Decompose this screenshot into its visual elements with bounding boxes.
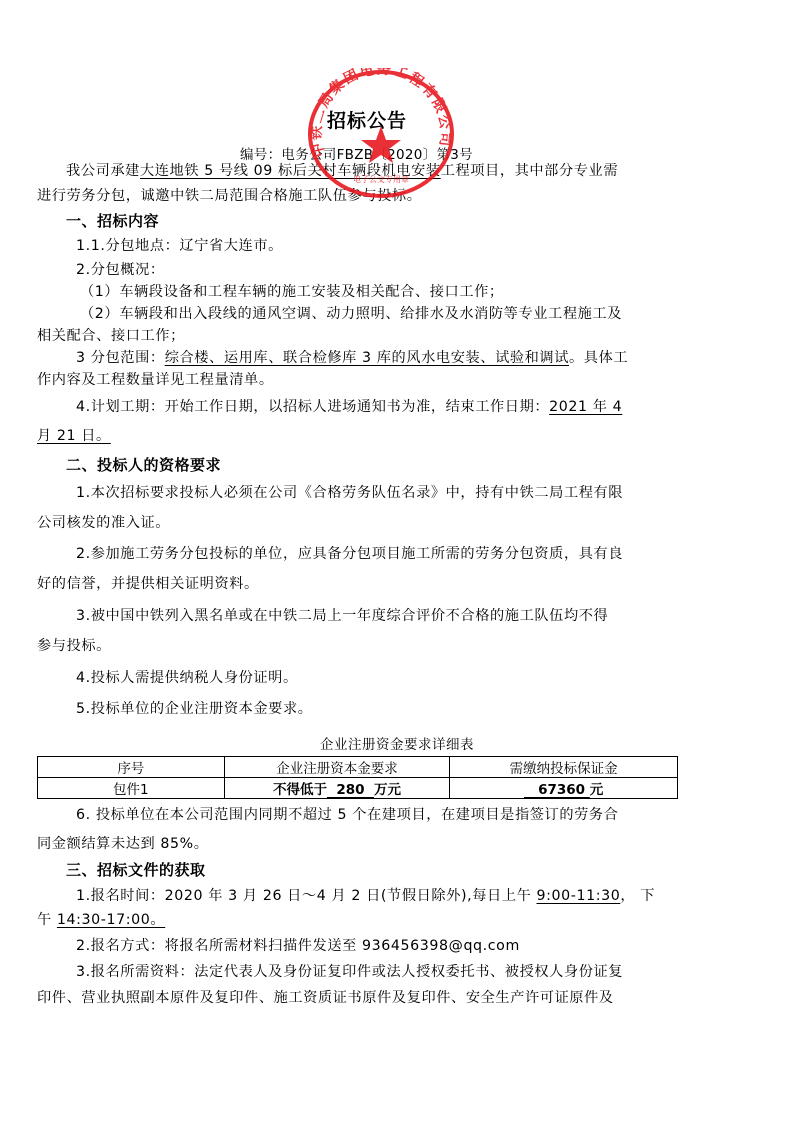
section1-item-1: 1.1.分包地点：辽宁省大连市。 [76, 237, 283, 255]
table-header-deposit: 需缴纳投标保证金 [450, 757, 678, 778]
section2-item-6: 6. 投标单位在本公司范围内同期不超过 5 个在建项目，在建项目是指签订的劳务合 [76, 806, 618, 824]
section2-item-3-cont: 参与投标。 [37, 637, 111, 655]
section3-item-1-cont: 午 14:30-17:00。 [37, 911, 165, 929]
section2-item-4: 4.投标人需提供纳税人身份证明。 [76, 669, 298, 687]
section1-item-3-cont: 作内容及工程数量详见工程量清单。 [37, 371, 274, 389]
intro-line-2: 进行劳务分包，诚邀中铁二局范围合格施工队伍参与投标。 [37, 187, 421, 205]
capital-value: 280 [327, 782, 374, 798]
document-number: 编号：电务公司FBZB〔2020〕第3号 [240, 143, 473, 163]
section3-item-1: 1.报名时间：2020 年 3 月 26 日～4 月 2 日(节假日除外),每日… [76, 887, 655, 905]
capital-unit: 万元 [374, 782, 401, 798]
intro-text: 工程项目，其中部分专业需 [441, 163, 618, 179]
section2-item-6-cont: 同金额结算未达到 85%。 [37, 835, 209, 853]
section2-item-3: 3.被中国中铁列入黑名单或在中铁二局上一年度综合评价不合格的施工队伍均不得 [76, 607, 608, 625]
table-header-seq: 序号 [38, 757, 225, 778]
table-caption: 企业注册资金要求详细表 [0, 733, 794, 753]
section1-item-2-2: （2）车辆段和出入段线的通风空调、动力照明、给排水及水消防等专业工程施工及 [80, 305, 622, 323]
deposit-value: 67360 [524, 782, 590, 798]
section1-item-2: 2.分包概况： [76, 261, 165, 279]
table-cell-seq: 包件1 [38, 778, 225, 799]
capital-requirements-table: 序号 企业注册资本金要求 需缴纳投标保证金 包件1 不得低于 280 万元 67… [37, 756, 678, 799]
document-page: 中铁二局集团电务工程有限公司 电子公文专用章 招标公告 编号：电务公司FBZB〔… [0, 0, 794, 1123]
table-header-row: 序号 企业注册资本金要求 需缴纳投标保证金 [38, 757, 678, 778]
scope-suffix: 。具体工 [569, 350, 628, 366]
section2-item-2-cont: 好的信誉，并提供相关证明资料。 [37, 575, 259, 593]
section-heading-2: 二、投标人的资格要求 [66, 456, 221, 474]
section2-item-1: 1.本次招标要求投标人必须在公司《合格劳务队伍名录》中，持有中铁二局工程有限 [76, 484, 623, 502]
section-heading-3: 三、招标文件的获取 [66, 861, 206, 879]
table-cell-capital: 不得低于 280 万元 [224, 778, 450, 799]
schedule-text: 4.计划工期：开始工作日期，以招标人进场通知书为准，结束工作日期： [76, 399, 549, 415]
page-title: 招标公告 [327, 106, 407, 133]
section3-item-3: 3.报名所需资料：法定代表人及身份证复印件或法人授权委托书、被授权人身份证复 [76, 963, 623, 981]
section1-item-3: 3 分包范围：综合楼、运用库、联合检修库 3 库的风水电安装、试验和调试。具体工 [76, 349, 628, 367]
section1-item-2-1: （1）车辆段设备和工程车辆的施工安装及相关配合、接口工作； [80, 283, 504, 301]
section2-item-1-cont: 公司核发的准入证。 [37, 514, 170, 532]
registration-time-text: 1.报名时间：2020 年 3 月 26 日～4 月 2 日(节假日除外),每日… [76, 888, 537, 904]
table-header-capital: 企业注册资本金要求 [224, 757, 450, 778]
project-name: 大连地铁 5 号线 09 标后关村车辆段机电安装 [140, 163, 441, 179]
scope-label: 3 分包范围： [76, 350, 165, 366]
section3-item-2: 2.报名方式：将报名所需材料扫描件发送至 936456398@qq.com [76, 937, 520, 955]
capital-prefix: 不得低于 [273, 782, 327, 798]
section-heading-1: 一、招标内容 [66, 212, 159, 230]
registration-time-text: 午 [37, 912, 57, 928]
table-cell-deposit: 67360 元 [450, 778, 678, 799]
registration-time-text: ， 下 [620, 888, 655, 904]
section2-item-5: 5.投标单位的企业注册资本金要求。 [76, 700, 313, 718]
section1-item-4: 4.计划工期：开始工作日期，以招标人进场通知书为准，结束工作日期：2021 年 … [76, 398, 622, 416]
intro-text: 我公司承建 [66, 163, 140, 179]
section2-item-2: 2.参加施工劳务分包投标的单位，应具备分包项目施工所需的劳务分包资质，具有良 [76, 545, 623, 563]
morning-hours: 9:00-11:30 [537, 888, 621, 904]
section1-item-2-2-cont: 相关配合、接口工作； [37, 327, 185, 345]
scope-text: 综合楼、运用库、联合检修库 3 库的风水电安装、试验和调试 [165, 350, 569, 366]
end-date: 2021 年 4 [549, 399, 622, 415]
section3-item-3-cont: 印件、营业执照副本原件及复印件、施工资质证书原件及复印件、安全生产许可证原件及 [37, 989, 614, 1007]
section1-item-4-cont: 月 21 日。 [37, 427, 111, 445]
intro-line-1: 我公司承建大连地铁 5 号线 09 标后关村车辆段机电安装工程项目，其中部分专业… [66, 162, 618, 180]
afternoon-hours: 14:30-17:00。 [57, 912, 165, 928]
deposit-unit: 元 [590, 782, 604, 798]
table-row: 包件1 不得低于 280 万元 67360 元 [38, 778, 678, 799]
